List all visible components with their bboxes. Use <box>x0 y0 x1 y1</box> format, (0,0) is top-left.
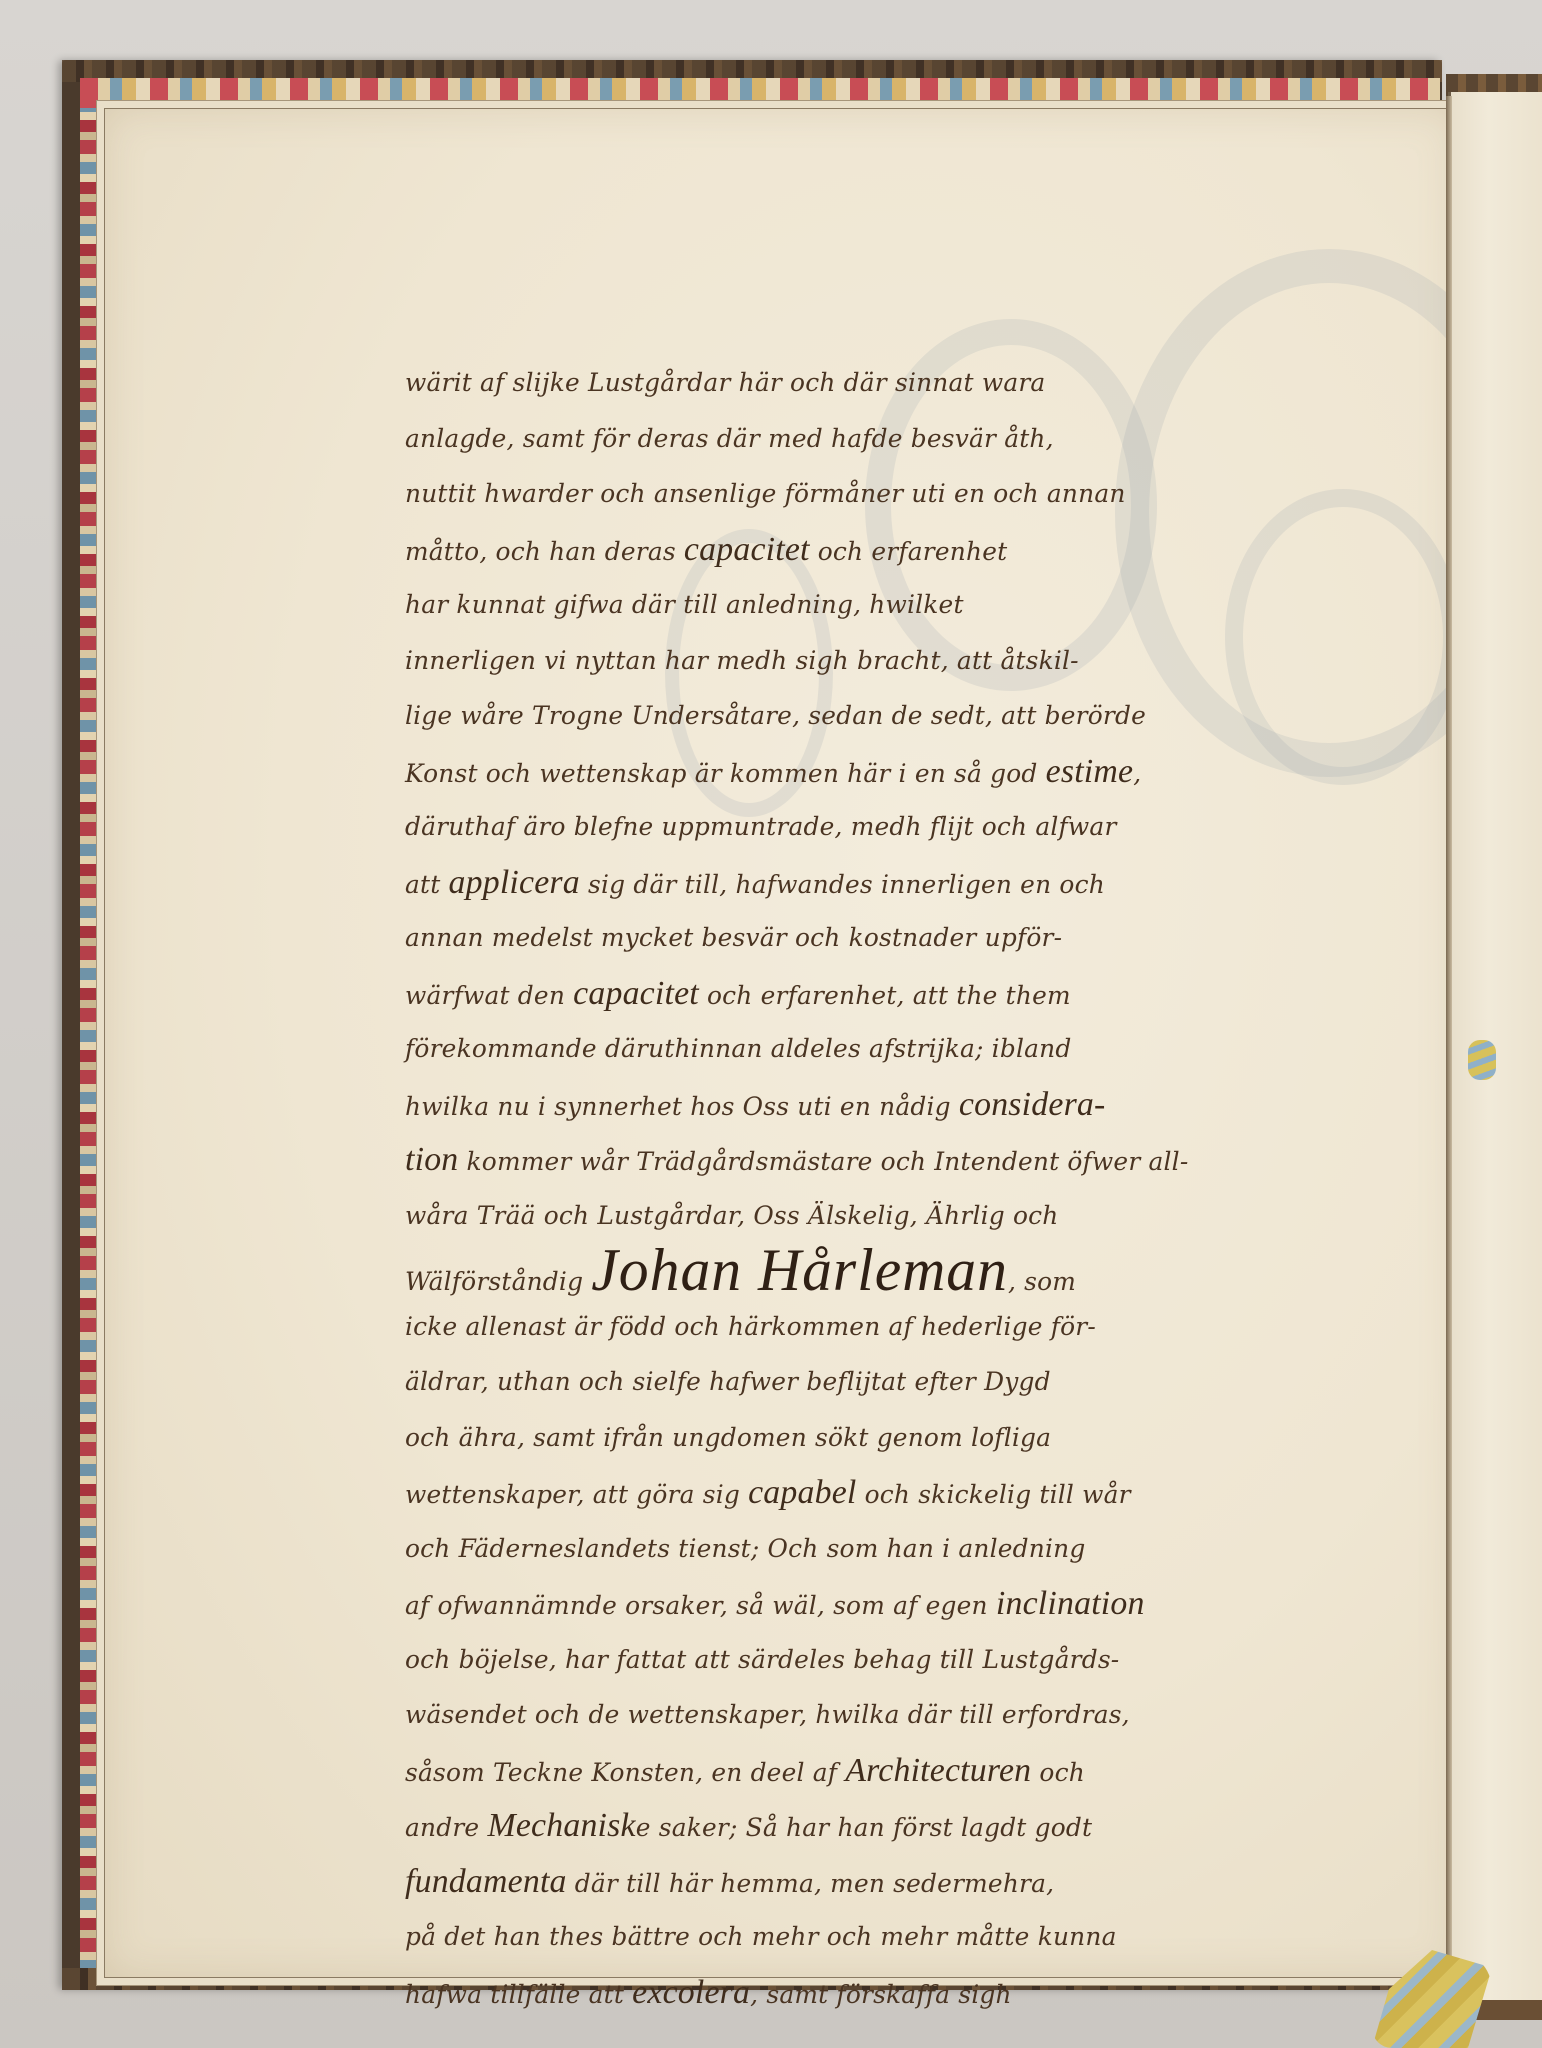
manuscript-line: och ähra, samt ifrån ungdomen sökt genom… <box>405 1410 1320 1466</box>
latin-script-word: Architecturen <box>845 1752 1031 1789</box>
latin-script-word: excolera <box>632 1974 750 2011</box>
line-text: har kunnat gifwa där till anledning, hwi… <box>405 590 964 619</box>
manuscript-line: icke allenast är född och härkommen af h… <box>405 1299 1320 1355</box>
manuscript-line: såsom Teckne Konsten, en deel af Archite… <box>405 1743 1320 1799</box>
line-text: och erfarenhet <box>810 537 1008 566</box>
latin-script-word: capacitet <box>684 531 810 568</box>
line-text: icke allenast är född och härkommen af h… <box>405 1312 1096 1341</box>
line-text: sig där till, hafwandes innerligen en oc… <box>580 870 1105 899</box>
manuscript-line: wärit af slijke Lustgårdar här och där s… <box>405 355 1320 411</box>
line-text: och skickelig till wår <box>857 1480 1131 1509</box>
line-text: och ähra, samt ifrån ungdomen sökt genom… <box>405 1423 1051 1452</box>
line-text: nuttit hwarder och ansenlige förmåner ut… <box>405 479 1126 508</box>
line-text: Konst och wettenskap är kommen här i en … <box>405 759 1046 788</box>
line-text: däruthaf äro blefne uppmuntrade, medh fl… <box>405 812 1117 841</box>
manuscript-line: lige wåre Trogne Undersåtare, sedan de s… <box>405 688 1320 744</box>
line-text: wärfwat den <box>405 981 573 1010</box>
line-text: hwilka nu i synnerhet hos Oss uti en nåd… <box>405 1092 959 1121</box>
latin-script-word: capacitet <box>573 975 699 1012</box>
latin-script-word: inclination <box>996 1585 1145 1622</box>
line-text: och <box>1031 1758 1085 1787</box>
manuscript-line: Konst och wettenskap är kommen här i en … <box>405 744 1320 800</box>
manuscript-line: tion kommer wår Trädgårdsmästare och Int… <box>405 1132 1320 1188</box>
line-text: af ofwannämnde orsaker, så wäl, som af e… <box>405 1591 996 1620</box>
line-text: andre <box>405 1813 487 1842</box>
line-text: hafwa tillfälle att <box>405 1980 632 2009</box>
bookmark-ribbon-knot[interactable] <box>1468 1040 1496 1080</box>
line-text: och erfarenhet, att the them <box>699 981 1071 1010</box>
manuscript-line: andre Mechaniske saker; Så har han först… <box>405 1798 1320 1854</box>
latin-script-word: tion <box>405 1141 458 1178</box>
manuscript-line: anlagde, samt för deras där med hafde be… <box>405 411 1320 467</box>
manuscript-line: annan medelst mycket besvär och kostnade… <box>405 910 1320 966</box>
line-text: , samt förskaffa sigh <box>750 1980 1012 2009</box>
latin-script-word: considera- <box>959 1086 1106 1123</box>
line-text: Wälförståndig <box>405 1267 591 1296</box>
manuscript-line: Wälförståndig Johan Hårleman, som <box>405 1243 1320 1299</box>
manuscript-line: och böjelse, har fattat att särdeles beh… <box>405 1632 1320 1688</box>
manuscript-line: wäsendet och de wettenskaper, hwilka där… <box>405 1687 1320 1743</box>
personal-name: Johan Hårleman <box>591 1237 1008 1303</box>
line-text: måtto, och han deras <box>405 537 684 566</box>
line-text: där till här hemma, men sedermehra, <box>567 1869 1055 1898</box>
manuscript-line: måtto, och han deras capacitet och erfar… <box>405 522 1320 578</box>
latin-script-word: capabel <box>748 1474 856 1511</box>
book-gutter <box>1446 96 1452 2006</box>
manuscript-line: nuttit hwarder och ansenlige förmåner ut… <box>405 466 1320 522</box>
line-text: lige wåre Trogne Undersåtare, sedan de s… <box>405 701 1146 730</box>
line-text: wärit af slijke Lustgårdar här och där s… <box>405 368 1045 397</box>
manuscript-line: på det han thes bättre och mehr och mehr… <box>405 1909 1320 1965</box>
line-text: på det han thes bättre och mehr och mehr… <box>405 1922 1117 1951</box>
line-text: annan medelst mycket besvär och kostnade… <box>405 923 1062 952</box>
manuscript-line: att applicera sig där till, hafwandes in… <box>405 855 1320 911</box>
manuscript-line: af ofwannämnde orsaker, så wäl, som af e… <box>405 1576 1320 1632</box>
line-text: anlagde, samt för deras där med hafde be… <box>405 424 1054 453</box>
line-text: , <box>1133 759 1141 788</box>
handwritten-text-block: wärit af slijke Lustgårdar här och där s… <box>405 355 1325 2020</box>
line-text: wäsendet och de wettenskaper, hwilka där… <box>405 1700 1130 1729</box>
manuscript-line: förekommande däruthinnan aldeles afstrij… <box>405 1021 1320 1077</box>
manuscript-line: wärfwat den capacitet och erfarenhet, at… <box>405 966 1320 1022</box>
line-text: wåra Trää och Lustgårdar, Oss Älskelig, … <box>405 1201 1058 1230</box>
line-text: och böjelse, har fattat att särdeles beh… <box>405 1645 1119 1674</box>
line-text: innerligen vi nyttan har medh sigh brach… <box>405 646 1079 675</box>
line-text: att <box>405 870 449 899</box>
manuscript-line: hwilka nu i synnerhet hos Oss uti en nåd… <box>405 1077 1320 1133</box>
manuscript-line: fundamenta där till här hemma, men seder… <box>405 1854 1320 1910</box>
line-text: kommer wår Trädgårdsmästare och Intenden… <box>458 1147 1188 1176</box>
manuscript-line: wåra Trää och Lustgårdar, Oss Älskelig, … <box>405 1188 1320 1244</box>
latin-script-word: estime <box>1046 753 1134 790</box>
manuscript-line: wettenskaper, att göra sig capabel och s… <box>405 1465 1320 1521</box>
manuscript-line: och Fäderneslandets tienst; Och som han … <box>405 1521 1320 1577</box>
manuscript-line: äldrar, uthan och sielfe hafwer beflijta… <box>405 1354 1320 1410</box>
line-text: wettenskaper, att göra sig <box>405 1480 748 1509</box>
latin-script-word: Mechanisk <box>487 1807 635 1844</box>
manuscript-line: däruthaf äro blefne uppmuntrade, medh fl… <box>405 799 1320 855</box>
latin-script-word: fundamenta <box>405 1863 567 1900</box>
latin-script-word: applicera <box>449 864 580 901</box>
line-text: äldrar, uthan och sielfe hafwer beflijta… <box>405 1367 1051 1396</box>
manuscript-line: hafwa tillfälle att excolera, samt försk… <box>405 1965 1320 2021</box>
line-text: såsom Teckne Konsten, en deel af <box>405 1758 845 1787</box>
line-text: , som <box>1008 1267 1076 1296</box>
line-text: förekommande däruthinnan aldeles afstrij… <box>405 1034 1071 1063</box>
line-text: e saker; Så har han först lagdt godt <box>636 1813 1092 1842</box>
line-text: och Fäderneslandets tienst; Och som han … <box>405 1534 1086 1563</box>
manuscript-line: har kunnat gifwa där till anledning, hwi… <box>405 577 1320 633</box>
manuscript-line: innerligen vi nyttan har medh sigh brach… <box>405 633 1320 689</box>
